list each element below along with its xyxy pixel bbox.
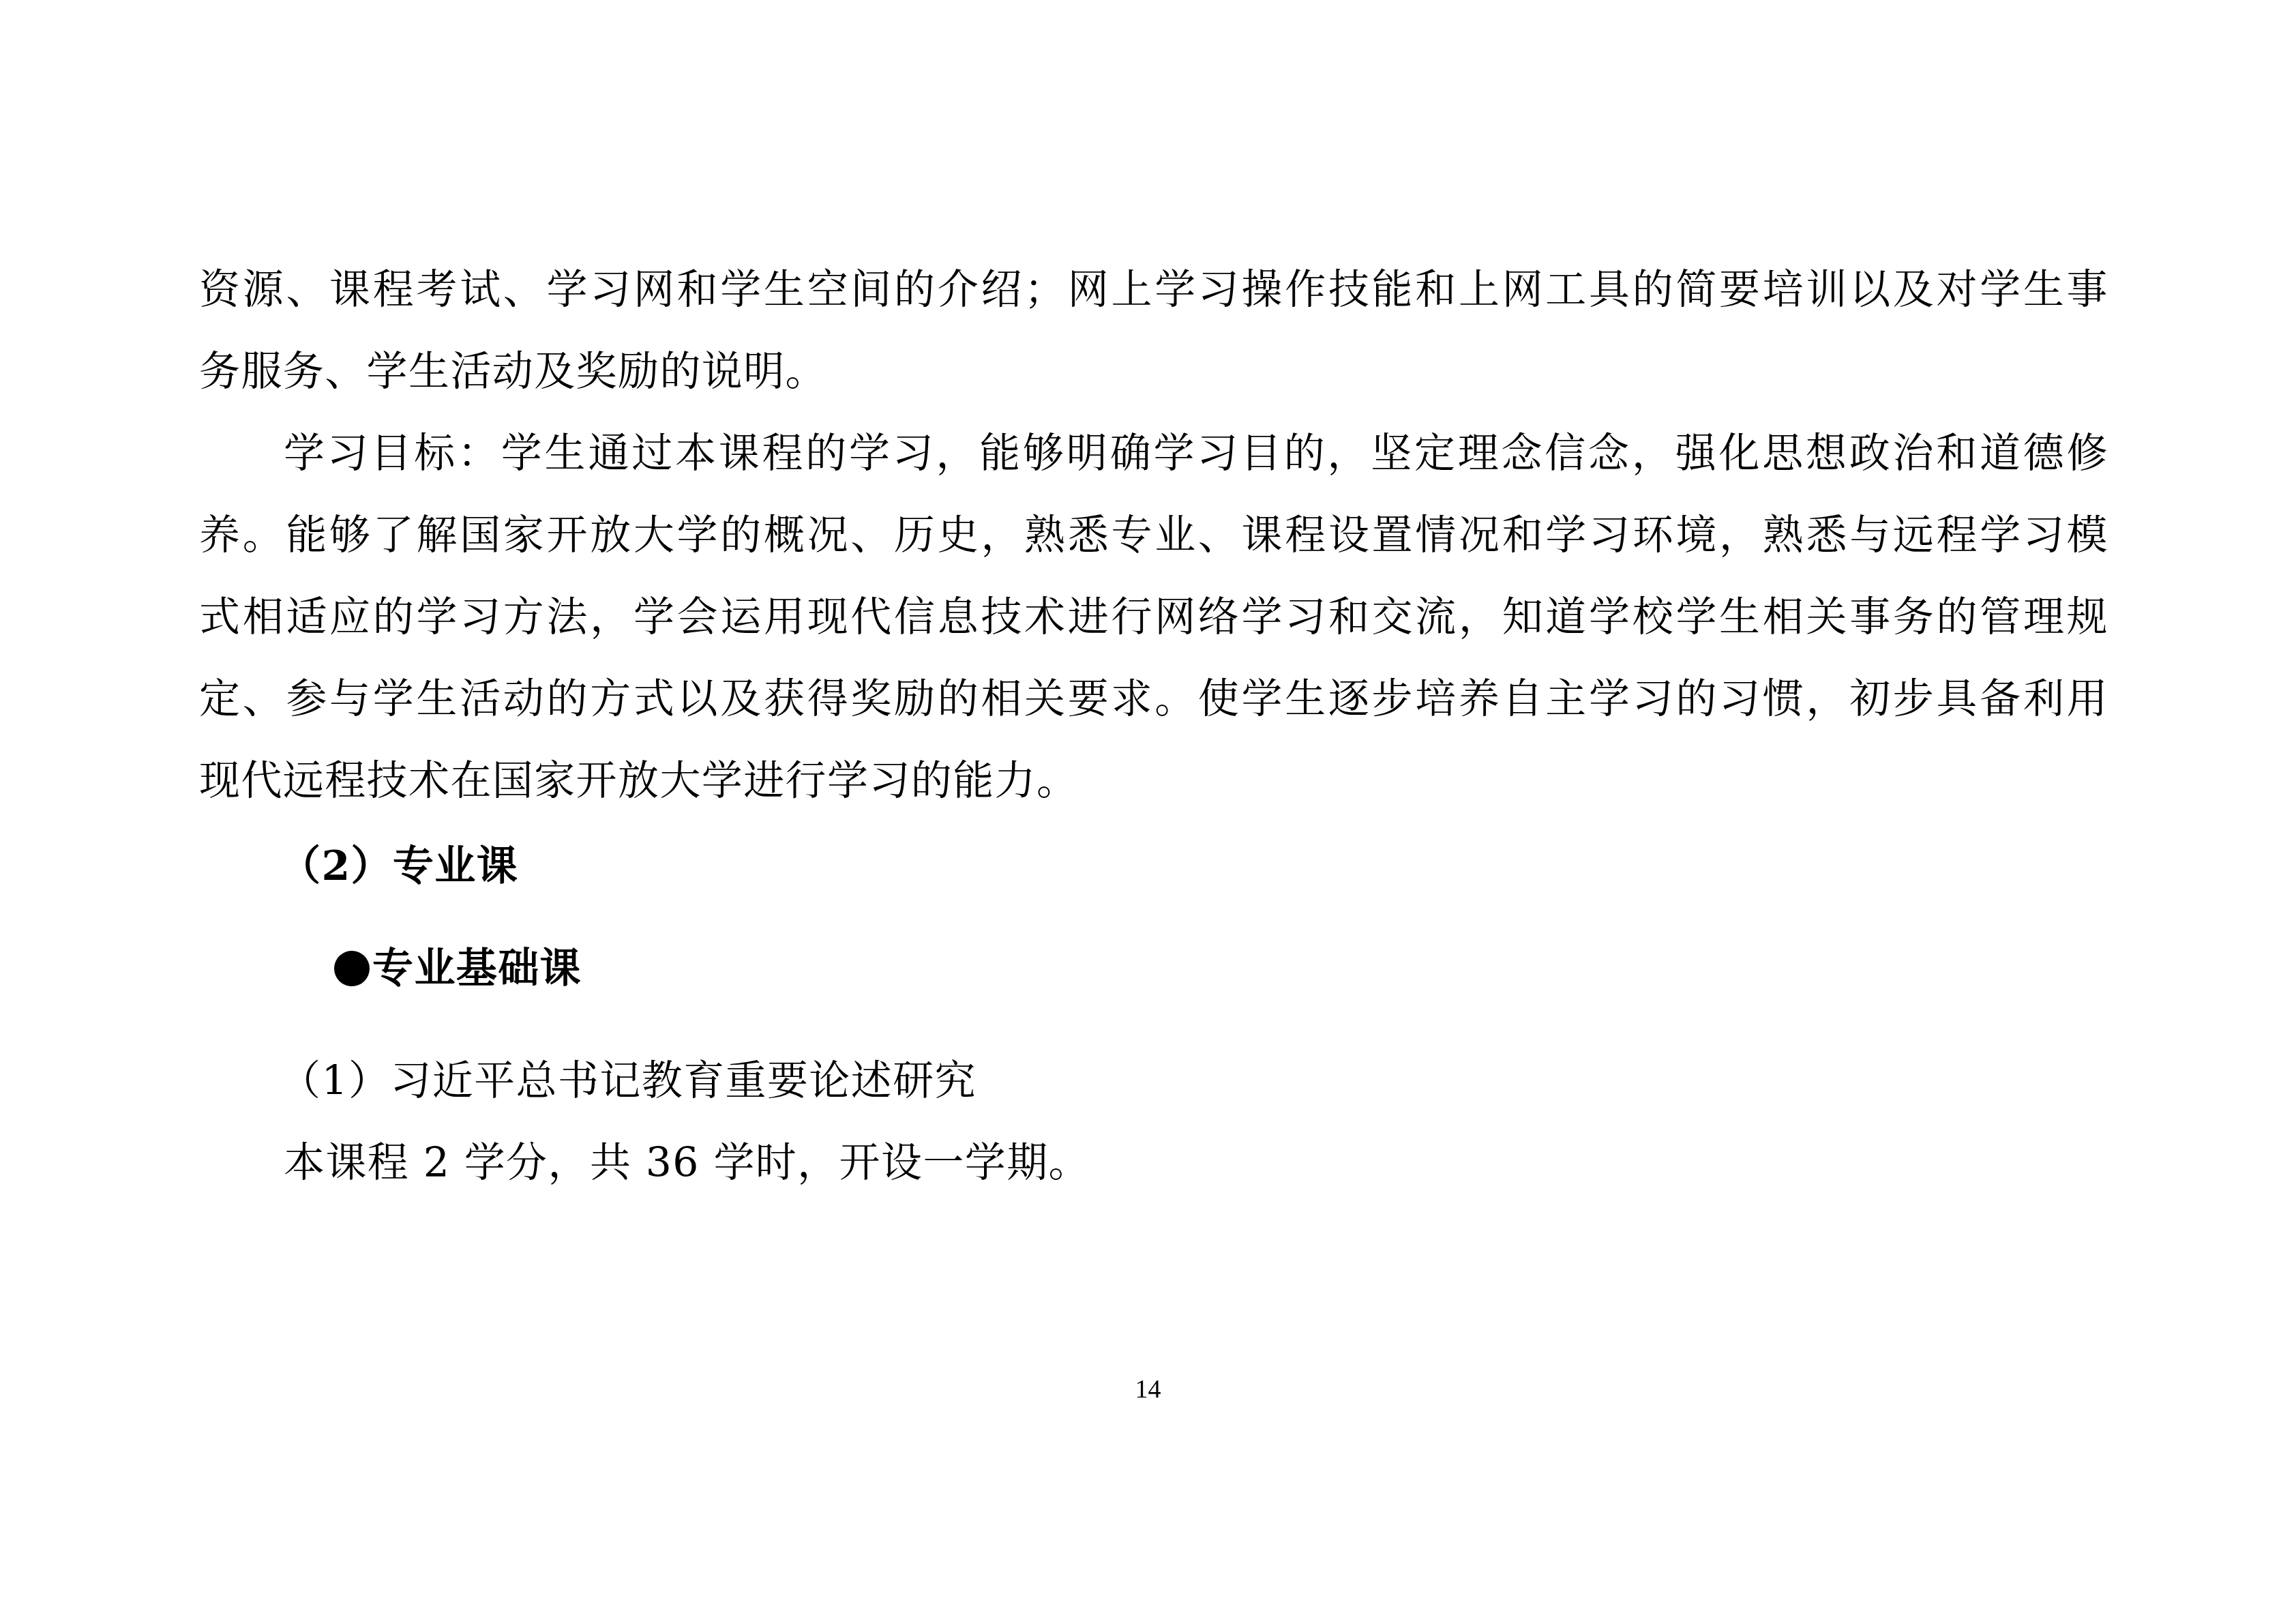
body-text-line: 式相适应的学习方法，学会运用现代信息技术进行网络学习和交流，知道学校学生相关事务…: [199, 590, 2108, 645]
section-heading-professional-courses: （2）专业课: [280, 839, 2189, 894]
learning-goals-first-line: 学习目标：学生通过本课程的学习，能够明确学习目的，坚定理念信念，强化思想政治和道…: [284, 426, 2108, 481]
body-text-line: 养。能够了解国家开放大学的概况、历史，熟悉专业、课程设置情况和学习环境，熟悉与远…: [199, 508, 2108, 563]
page-number: 14: [0, 1374, 2296, 1404]
course-title: （1）习近平总书记教育重要论述研究: [280, 1054, 2189, 1108]
course-credits: 本课程 2 学分，共 36 学时，开设一学期。: [284, 1136, 2193, 1190]
body-text-line: 现代远程技术在国家开放大学进行学习的能力。: [199, 754, 2108, 808]
subsection-heading-basic-courses: 专业基础课: [334, 941, 2243, 996]
body-text-line: 定、参与学生活动的方式以及获得奖励的相关要求。使学生逐步培养自主学习的习惯，初步…: [199, 672, 2108, 726]
body-text-line: 务服务、学生活动及奖励的说明。: [199, 344, 2108, 399]
document-page: 资源、课程考试、学习网和学生空间的介绍；网上学习操作技能和上网工具的简要培训以及…: [0, 0, 2296, 1624]
basic-courses-label: 专业基础课: [372, 945, 582, 992]
bullet-icon: [334, 951, 370, 986]
body-text-line: 资源、课程考试、学习网和学生空间的介绍；网上学习操作技能和上网工具的简要培训以及…: [199, 263, 2108, 317]
